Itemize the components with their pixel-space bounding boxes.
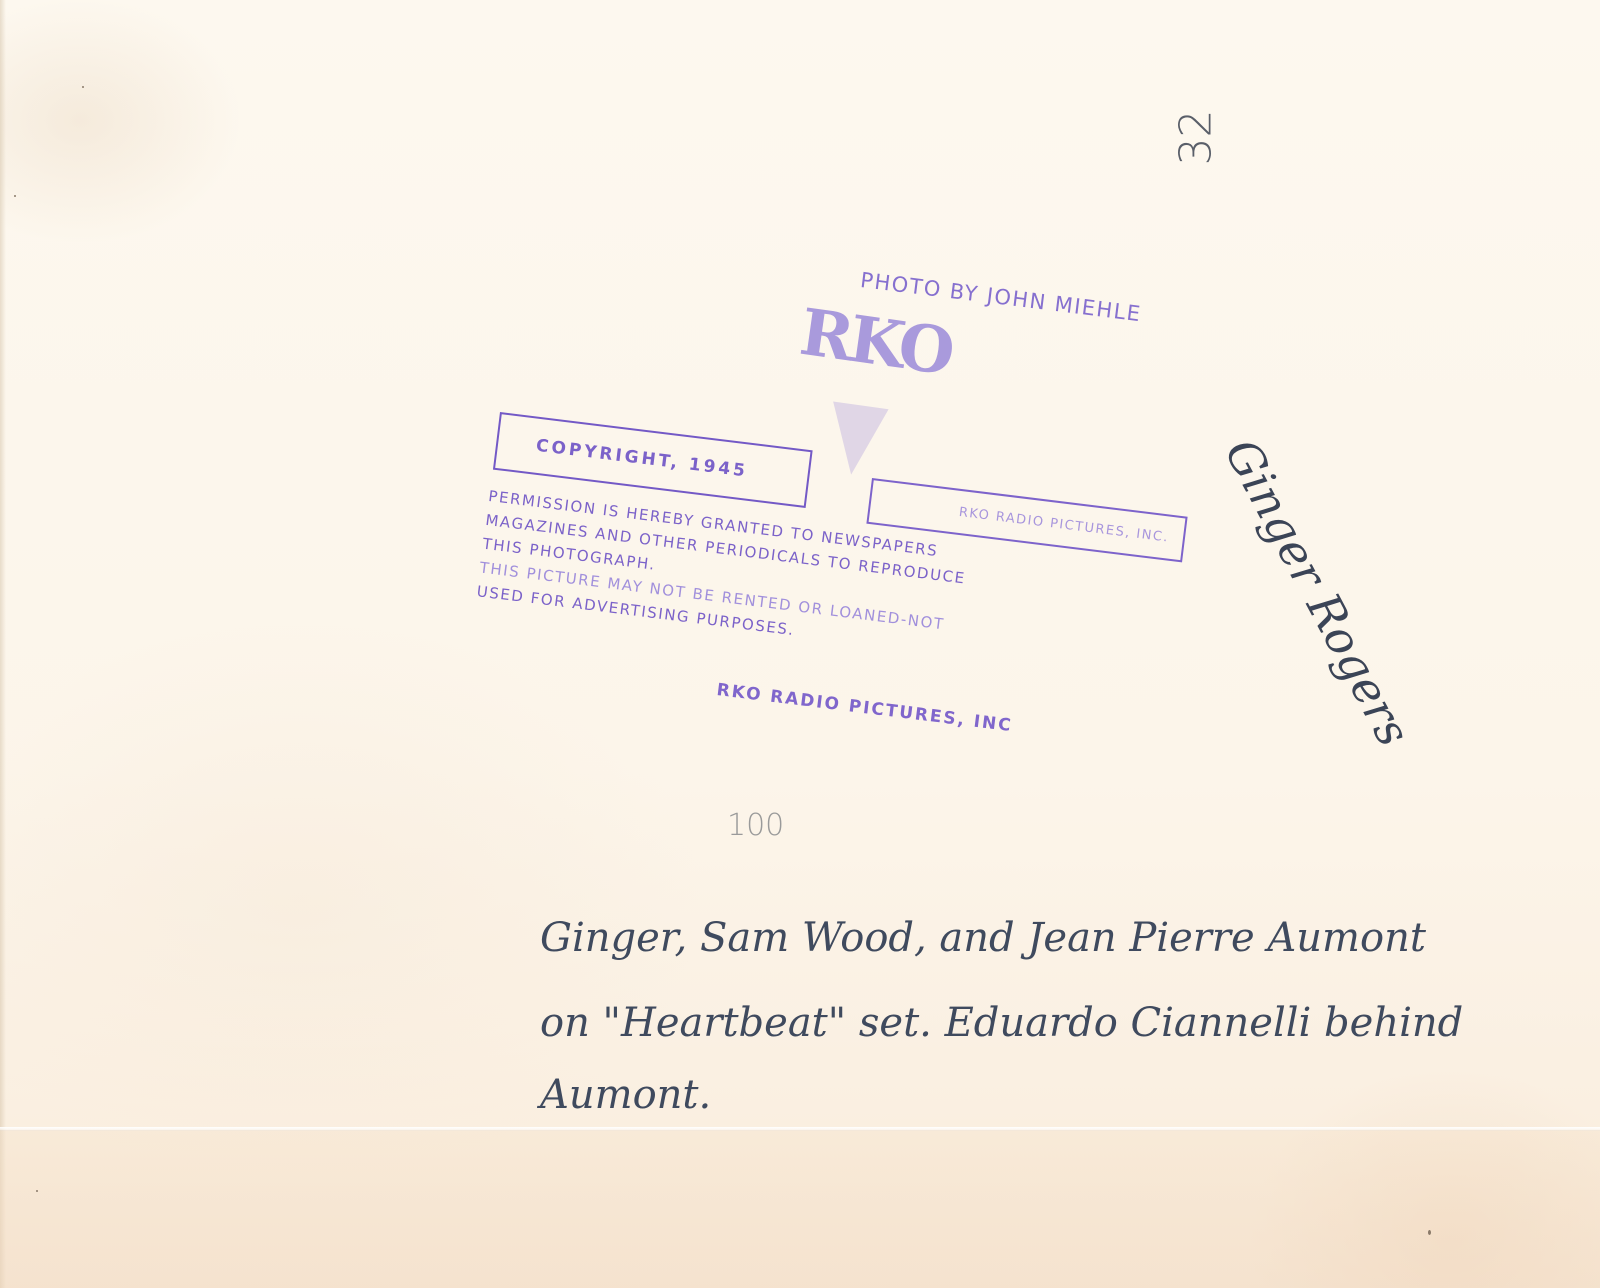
caption-line-1: Ginger, Sam Wood, and Jean Pierre Aumont <box>540 915 1426 961</box>
caption-line-2: on "Heartbeat" set. Eduardo Ciannelli be… <box>540 1000 1463 1046</box>
paper-left-edge <box>0 0 6 1288</box>
paper-speck <box>1428 1230 1431 1235</box>
paper-speck <box>14 195 16 197</box>
pencil-number: 100 <box>727 808 784 843</box>
paper-crease-line <box>0 1127 1600 1131</box>
copyright-text: COPYRIGHT, 1945 <box>535 436 749 482</box>
caption-line-3: Aumont. <box>540 1072 711 1118</box>
paper-speck <box>36 1190 38 1192</box>
radio-tower-icon <box>823 401 888 478</box>
paper-bottom-strip <box>0 1131 1600 1288</box>
paper-speck <box>82 86 84 88</box>
handwritten-number-top: 32 <box>1171 110 1222 166</box>
